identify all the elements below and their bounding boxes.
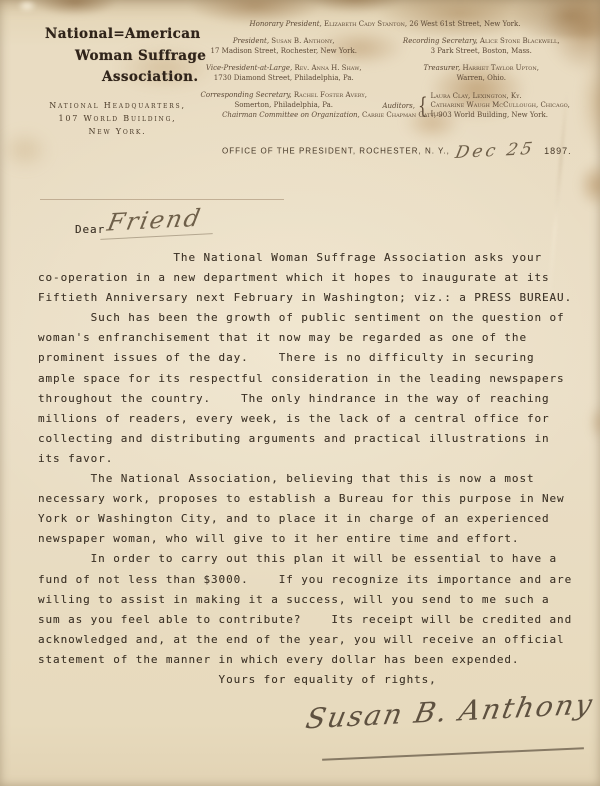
officer-name: Elizabeth Cady Stanton, bbox=[324, 20, 407, 28]
body-paragraph: Such has been the growth of public senti… bbox=[38, 308, 572, 469]
officer-role: Corresponding Secretary, bbox=[201, 91, 292, 99]
officer-address: 1730 Diamond Street, Philadelphia, Pa. bbox=[206, 73, 362, 83]
officer-role: Recording Secretary, bbox=[403, 37, 478, 45]
officer-name: Carrie Chapman Catt, bbox=[362, 111, 436, 119]
officer-entry: President, Susan B. Anthony, 17 Madison … bbox=[211, 36, 357, 56]
org-name-block: National=American Woman Suffrage Associa… bbox=[45, 24, 206, 89]
officer-entry: Recording Secretary, Alice Stone Blackwe… bbox=[403, 36, 560, 56]
officer-chairman: Chairman Committee on Organization, Carr… bbox=[190, 110, 580, 120]
officers-right-column: Recording Secretary, Alice Stone Blackwe… bbox=[383, 36, 581, 119]
officer-role: Vice-President-at-Large, bbox=[206, 64, 292, 72]
body-paragraph: In order to carry out this plan it will … bbox=[38, 549, 572, 670]
officer-name: Susan B. Anthony, bbox=[271, 37, 334, 45]
faint-rule-line bbox=[40, 199, 284, 200]
officer-address: 3 Park Street, Boston, Mass. bbox=[403, 46, 560, 56]
officer-name: Rachel Foster Avery, bbox=[294, 91, 367, 99]
headquarters-line: 107 World Building, bbox=[30, 112, 205, 125]
officer-role: President, bbox=[233, 37, 269, 45]
body-paragraph: The National Association, believing that… bbox=[38, 469, 572, 549]
signature-susan-b-anthony: Susan B. Anthony bbox=[303, 688, 597, 736]
officers-columns: President, Susan B. Anthony, 17 Madison … bbox=[185, 36, 580, 119]
officer-entry: Treasurer, Harriet Taylor Upton, Warren,… bbox=[424, 63, 539, 83]
officer-role: Chairman Committee on Organization, bbox=[222, 111, 360, 119]
signature-underline bbox=[322, 747, 584, 760]
handwritten-salutation-name: Friend bbox=[100, 203, 218, 240]
handwritten-date: Dec 25 bbox=[453, 139, 536, 163]
officer-address: Warren, Ohio. bbox=[424, 73, 539, 83]
body-paragraph: The National Woman Suffrage Association … bbox=[38, 248, 572, 308]
officer-name: Alice Stone Blackwell, bbox=[480, 37, 560, 45]
closing-line: Yours for equality of rights, bbox=[38, 670, 572, 690]
office-of-president-line: OFFICE OF THE PRESIDENT, ROCHESTER, N. Y… bbox=[222, 141, 582, 161]
officer-role: Honorary President, bbox=[250, 20, 322, 28]
officer-address: 26 West 61st Street, New York. bbox=[409, 20, 520, 28]
org-name-line: National=American bbox=[45, 24, 206, 46]
paper-light-spot bbox=[15, 0, 39, 14]
officer-name: Rev. Anna H. Shaw, bbox=[294, 64, 361, 72]
officers-left-column: President, Susan B. Anthony, 17 Madison … bbox=[185, 36, 383, 119]
officer-name: Harriet Taylor Upton, bbox=[462, 64, 539, 72]
stain-blob bbox=[580, 395, 600, 450]
officer-role: Auditors, bbox=[383, 101, 415, 111]
officer-address: 903 World Building, New York. bbox=[438, 111, 548, 119]
auditor-entry: Laura Clay, Lexington, Ky. bbox=[431, 92, 580, 101]
scanned-letter-page: National=American Woman Suffrage Associa… bbox=[0, 0, 600, 786]
officer-entry: Corresponding Secretary, Rachel Foster A… bbox=[201, 90, 367, 110]
headquarters-line: National Headquarters, bbox=[30, 99, 205, 112]
headquarters-block: National Headquarters, 107 World Buildin… bbox=[30, 99, 205, 138]
letter-body: The National Woman Suffrage Association … bbox=[38, 248, 572, 690]
officer-address: 17 Madison Street, Rochester, New York. bbox=[211, 46, 357, 56]
year-text: 1897. bbox=[544, 146, 572, 156]
headquarters-line: New York. bbox=[30, 125, 205, 138]
office-line-text: OFFICE OF THE PRESIDENT, ROCHESTER, N. Y… bbox=[222, 147, 450, 156]
officer-role: Treasurer, bbox=[424, 64, 461, 72]
officer-address: Somerton, Philadelphia, Pa. bbox=[201, 100, 367, 110]
officer-entry: Vice-President-at-Large, Rev. Anna H. Sh… bbox=[206, 63, 362, 83]
officer-honorary-president: Honorary President, Elizabeth Cady Stant… bbox=[190, 19, 580, 29]
